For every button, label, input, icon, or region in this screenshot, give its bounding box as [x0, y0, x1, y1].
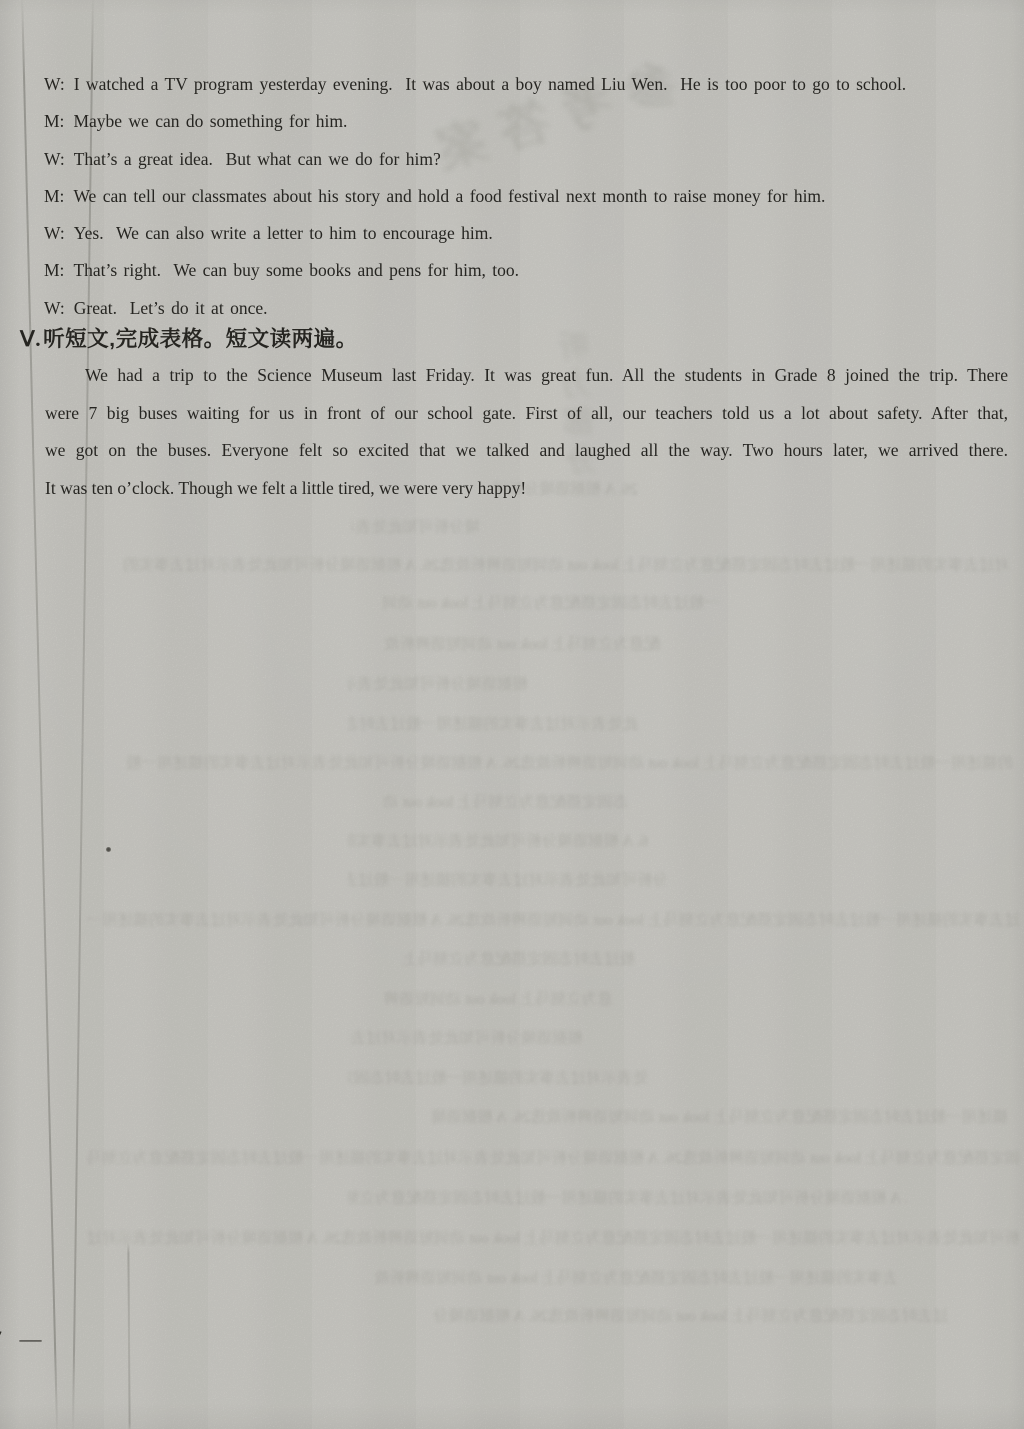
speaker-label: M: — [44, 186, 64, 206]
passage-line: we got on the buses. Everyone felt so ex… — [45, 432, 1008, 470]
speaker-label: M: — [44, 260, 64, 280]
dialogue-text: Great. Let’s do it at once. — [74, 298, 268, 318]
speaker-label: W: — [44, 298, 65, 318]
listening-dialogue: W:I watched a TV program yesterday eveni… — [44, 66, 994, 327]
dialogue-line: W:Yes. We can also write a letter to him… — [44, 215, 994, 252]
dialogue-text: I watched a TV program yesterday evening… — [74, 74, 906, 94]
speaker-label: M: — [44, 111, 64, 131]
dialogue-line: W:Great. Let’s do it at once. — [44, 290, 994, 327]
section-v-heading: Ⅴ.听短文,完成表格。短文读两遍。 — [20, 326, 358, 353]
scanned-page: 参考答案 听力部分 26. A 根据语境分析可境分析可知此处表示对过去对过去事实… — [0, 0, 1024, 1429]
speaker-label: W: — [44, 223, 65, 243]
dialogue-text: That’s right. We can buy some books and … — [73, 260, 519, 280]
dialogue-text: Yes. We can also write a letter to him t… — [74, 223, 493, 243]
speaker-label: W: — [44, 74, 65, 94]
passage-line: We had a trip to the Science Museum last… — [45, 357, 1008, 395]
passage-line: It was ten o’clock. Though we felt a lit… — [45, 470, 1008, 508]
dialogue-line: M:That’s right. We can buy some books an… — [44, 252, 994, 289]
dialogue-text: Maybe we can do something for him. — [73, 111, 347, 131]
dialogue-text: That’s a great idea. But what can we do … — [74, 149, 441, 169]
listening-passage: We had a trip to the Science Museum last… — [45, 357, 1008, 507]
dialogue-text: We can tell our classmates about his sto… — [73, 186, 825, 206]
speaker-label: W: — [44, 149, 65, 169]
dialogue-line: W:That’s a great idea. But what can we d… — [44, 141, 994, 178]
section-number: Ⅴ. — [20, 327, 41, 351]
printed-content: W:I watched a TV program yesterday eveni… — [0, 0, 1024, 1429]
dialogue-line: W:I watched a TV program yesterday eveni… — [44, 66, 994, 103]
dialogue-line: M:Maybe we can do something for him. — [44, 103, 994, 140]
passage-line: were 7 big buses waiting for us in front… — [45, 395, 1008, 433]
page-number: 7 — — [0, 1326, 48, 1352]
section-heading-text: 听短文,完成表格。短文读两遍。 — [43, 327, 357, 351]
dialogue-line: M:We can tell our classmates about his s… — [44, 178, 994, 215]
